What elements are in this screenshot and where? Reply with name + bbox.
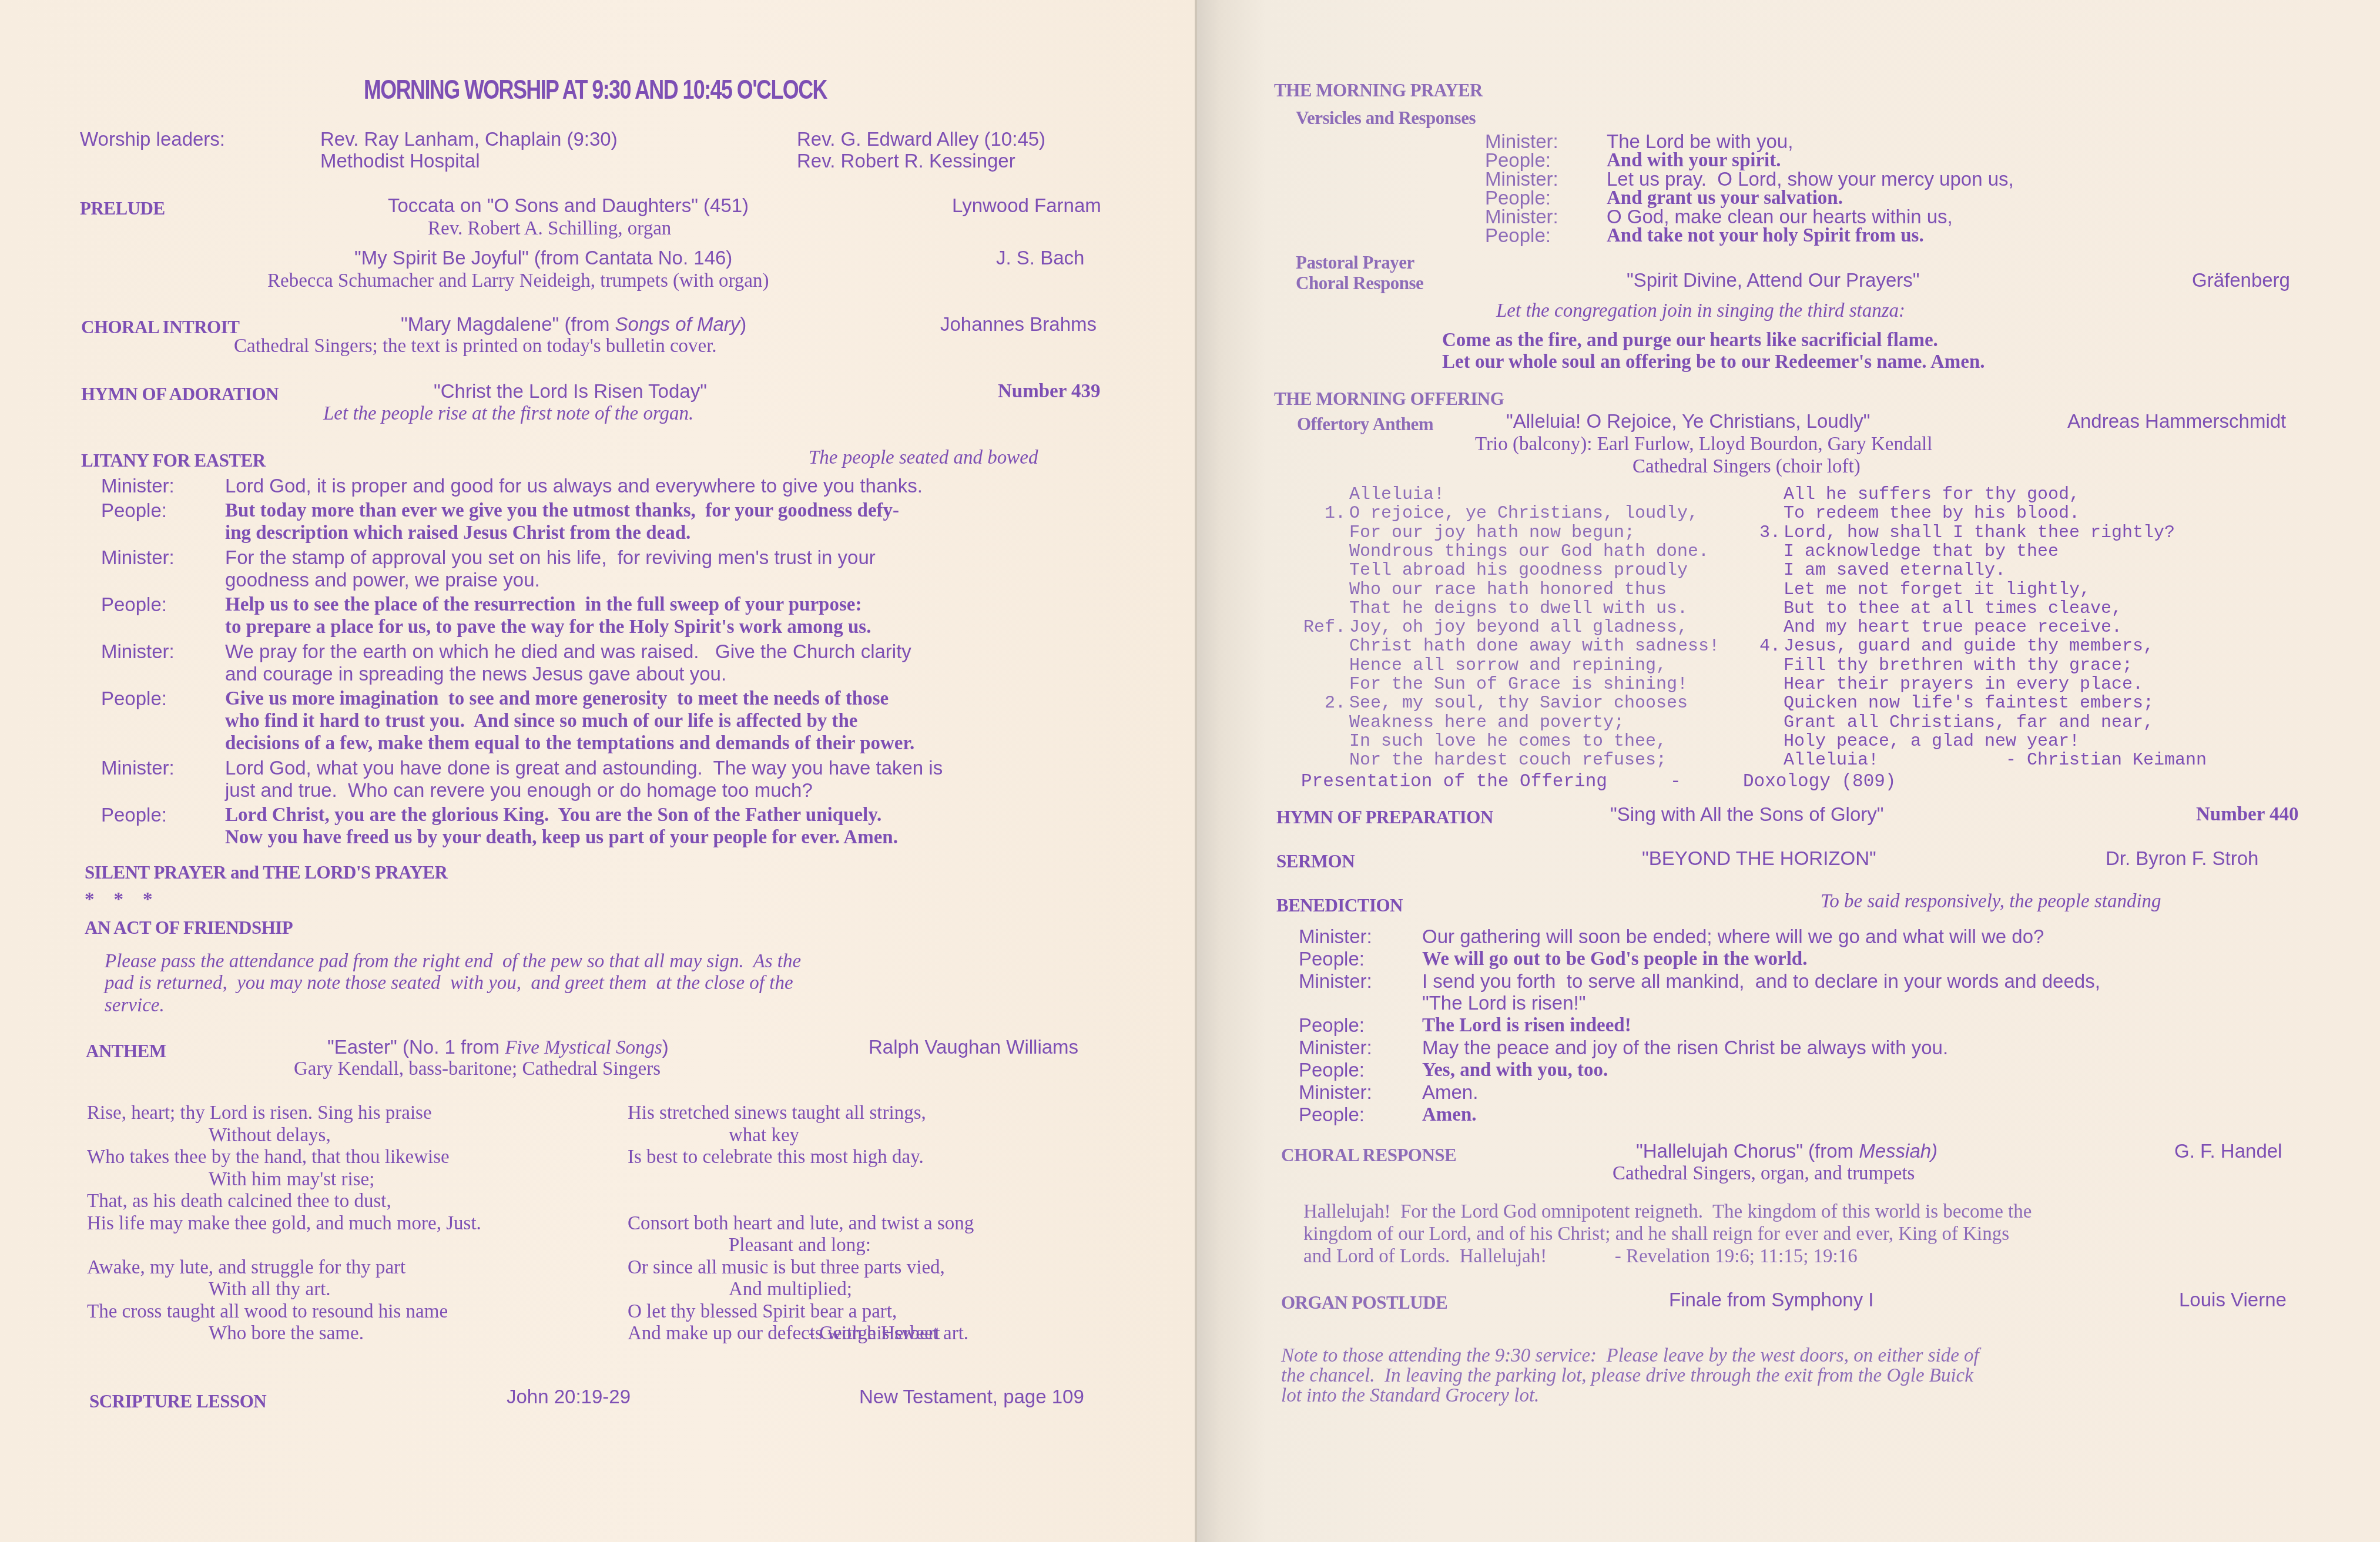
prelude-composer-2: J. S. Bach [996,247,1084,269]
hymn-line: Quicken now life's faintest embers; [1784,694,2154,713]
hymn-preparation-heading: HYMN OF PREPARATION [1276,806,1493,829]
sermon-title: "BEYOND THE HORIZON" [1642,847,1876,870]
litany-heading: LITANY FOR EASTER [81,450,266,472]
hymn-line: Tell abroad his goodness proudly [1349,561,1688,581]
hallelujah-text-2: kingdom of our Lord, and of his Christ; … [1303,1223,2009,1245]
benediction-line: Amen. [1422,1104,1477,1126]
hymn-line: Hence all sorrow and repining, [1349,656,1667,676]
prelude-composer-1: Lynwood Farnam [952,195,1101,217]
benediction-line: Yes, and with you, too. [1422,1059,1608,1081]
litany-line: Now you have freed us by your death, kee… [225,826,898,849]
versicle-speaker: People: [1485,224,1551,247]
hymn-line: Alleluia! - Christian Keimann [1784,751,2207,770]
poem-line: With all thy art. [209,1278,331,1300]
hymn-preparation-number: Number 440 [2196,803,2298,826]
hymn-line: And my heart true peace receive. [1784,618,2122,638]
poem-line: The cross taught all wood to resound his… [87,1300,448,1323]
stanza-line-1: Come as the fire, and purge our hearts l… [1442,329,1938,351]
poem-line: Who bore the same. [209,1322,364,1345]
litany-line: and courage in spreading the news Jesus … [225,663,726,685]
hymn-adoration-number: Number 439 [998,380,1100,403]
poem-line: Without delays, [209,1124,331,1147]
scripture-heading: SCRIPTURE LESSON [89,1390,266,1413]
leader-3: Rev. Robert R. Kessinger [797,150,1015,172]
offertory-anthem-label: Offertory Anthem [1297,413,1433,435]
choral-response-title: "Spirit Divine, Attend Our Prayers" [1627,269,1919,291]
anthem-heading: ANTHEM [86,1040,166,1062]
dismissal-note-2: the chancel. In leaving the parking lot,… [1281,1366,1973,1386]
pastoral-prayer-label: Pastoral Prayer [1296,252,1414,274]
prelude-piece-1: Toccata on "O Sons and Daughters" (451) [388,195,749,217]
benediction-line: Amen. [1422,1081,1478,1104]
sermon-preacher: Dr. Byron F. Stroh [2106,847,2258,870]
versicles-heading: Versicles and Responses [1296,107,1476,129]
choral-response-composer: Gräfenberg [2192,269,2290,291]
benediction-line: The Lord is risen indeed! [1422,1014,1631,1037]
litany-line: Lord God, it is proper and good for us a… [225,475,923,497]
prelude-performer-1: Rev. Robert A. Schilling, organ [428,217,671,240]
litany-line: just and true. Who can revere you enough… [225,779,813,802]
benediction-speaker: Minister: [1299,970,1372,993]
anthem-piece: "Easter" (No. 1 from Five Mystical Songs… [327,1036,669,1059]
litany-line: But today more than ever we give you the… [225,500,899,522]
litany-line: Help us to see the place of the resurrec… [225,594,862,616]
benediction-line: Our gathering will soon be ended; where … [1422,926,2044,948]
benediction-heading: BENEDICTION [1276,894,1403,917]
hymn-line: I am saved eternally. [1784,561,2006,581]
hymn-line: I acknowledge that by thee [1784,542,2059,562]
hallelujah-text-1: Hallelujah! For the Lord God omnipotent … [1303,1201,2032,1223]
litany-speaker: People: [101,688,167,710]
poem-line: Rise, heart; thy Lord is risen. Sing his… [87,1102,432,1124]
benediction-line: I send you forth to serve all mankind, a… [1422,970,2100,993]
choral-introit-piece: "Mary Magdalene" (from Songs of Mary) [401,313,746,336]
hymn-adoration-heading: HYMN OF ADORATION [81,383,279,405]
offertory-choir: Cathedral Singers (choir loft) [1633,455,1861,478]
anthem-attribution: - George Herbert [808,1322,940,1345]
hymn-line: For the Sun of Grace is shining! [1349,675,1688,695]
benediction-line: "The Lord is risen!" [1422,992,1585,1014]
hallelujah-text-3: and Lord of Lords. Hallelujah! - Revelat… [1303,1245,1858,1268]
benediction-speaker: People: [1299,948,1365,970]
litany-line: ing description which raised Jesus Chris… [225,522,690,544]
poem-line: And multiplied; [729,1278,852,1300]
litany-speaker: People: [101,500,167,522]
prelude-piece-2: "My Spirit Be Joyful" (from Cantata No. … [354,247,732,269]
benediction-line: We will go out to be God's people in the… [1422,948,1807,970]
center-fold [1195,0,1197,1542]
litany-speaker: People: [101,804,167,826]
hymn-line: See, my soul, thy Savior chooses [1349,694,1688,713]
hymn-line: For our joy hath now begun; [1349,524,1635,543]
hymn-line: O rejoice, ye Christians, loudly, [1349,504,1698,524]
choral-response-heading: CHORAL RESPONSE [1281,1144,1456,1166]
sermon-heading: SERMON [1276,850,1355,873]
postlude-composer: Louis Vierne [2179,1289,2287,1311]
versicle-text: And take not your holy Spirit from us. [1607,224,1924,247]
litany-line: goodness and power, we praise you. [225,569,540,591]
stanza-number: 2. [1293,694,1346,713]
poem-line: His stretched sinews taught all strings, [628,1102,926,1124]
stanza-line-2: Let our whole soul an offering be to our… [1442,351,1985,373]
friendship-line-2: pad is returned, you may note those seat… [105,972,793,994]
litany-line: decisions of a few, make them equal to t… [225,732,914,755]
benediction-line: May the peace and joy of the risen Chris… [1422,1037,1948,1059]
morning-offering-heading: THE MORNING OFFERING [1274,388,1504,410]
benediction-speaker: Minister: [1299,1037,1372,1059]
stanza-number: Ref. [1293,618,1346,638]
choral-introit-heading: CHORAL INTROIT [81,316,239,338]
poem-line: Consort both heart and lute, and twist a… [628,1212,974,1235]
choral-introit-note: Cathedral Singers; the text is printed o… [234,335,717,357]
doxology: Doxology (809) [1743,771,1896,793]
hymn-line: Weakness here and poverty; [1349,713,1624,733]
hymn-line: Alleluia! [1349,485,1444,505]
anthem-composer: Ralph Vaughan Williams [869,1036,1078,1058]
benediction-instruction: To be said responsively, the people stan… [1821,890,2161,913]
hymn-line: Let me not forget it lightly, [1784,581,2090,600]
scripture-reference: John 20:19-29 [507,1386,631,1408]
friendship-line-1: Please pass the attendance pad from the … [105,950,801,973]
stanza-number: 1. [1293,504,1346,524]
poem-line: Awake, my lute, and struggle for thy par… [87,1256,405,1279]
stanza-number: 4. [1728,637,1781,656]
dismissal-note-1: Note to those attending the 9:30 service… [1281,1346,1979,1366]
hymn-line: Who our race hath honored thus [1349,581,1667,600]
offertory-trio: Trio (balcony): Earl Furlow, Lloyd Bourd… [1475,433,1932,455]
hymn-line: Fill thy brethren with thy grace; [1784,656,2133,676]
poem-line: That, as his death calcined thee to dust… [87,1190,391,1212]
hymn-line: Wondrous things our God hath done. [1349,542,1709,562]
friendship-line-3: service. [105,994,165,1017]
prelude-performer-2: Rebecca Schumacher and Larry Neideigh, t… [267,270,769,292]
litany-line: Lord Christ, you are the glorious King. … [225,804,881,826]
hallelujah-piece: "Hallelujah Chorus" (from Messiah) [1636,1140,1937,1162]
leader-1-affiliation: Methodist Hospital [320,150,480,172]
poem-line: Pleasant and long: [729,1234,871,1256]
hymn-adoration-instruction: Let the people rise at the first note of… [323,403,693,425]
litany-line: who find it hard to trust you. And since… [225,710,858,732]
hymn-line: Jesus, guard and guide thy members, [1784,637,2154,656]
hymn-line: In such love he comes to thee, [1349,732,1667,752]
dismissal-note-3: lot into the Standard Grocery lot. [1281,1386,1539,1406]
stanza-number: 3. [1728,524,1781,543]
litany-line: Lord God, what you have done is great an… [225,757,943,779]
poem-line: Who takes thee by the hand, that thou li… [87,1146,450,1168]
leader-1: Rev. Ray Lanham, Chaplain (9:30) [320,128,618,150]
litany-line: to prepare a place for us, to pave the w… [225,616,871,638]
litany-line: For the stamp of approval you set on his… [225,547,876,569]
litany-speaker: Minister: [101,547,175,569]
silent-prayer-heading: SILENT PRAYER and THE LORD'S PRAYER [85,861,447,884]
anthem-performers: Gary Kendall, bass-baritone; Cathedral S… [294,1058,661,1080]
benediction-speaker: Minister: [1299,1081,1372,1104]
prelude-heading: PRELUDE [80,197,165,220]
hymn-line: Joy, oh joy beyond all gladness, [1349,618,1688,638]
poem-line: O let thy blessed Spirit bear a part, [628,1300,897,1323]
benediction-speaker: People: [1299,1104,1365,1126]
scripture-page: New Testament, page 109 [859,1386,1084,1408]
benediction-speaker: Minister: [1299,926,1372,948]
choral-introit-composer: Johannes Brahms [940,313,1097,336]
litany-speaker: Minister: [101,475,175,497]
offertory-anthem-title: "Alleluia! O Rejoice, Ye Christians, Lou… [1506,410,1871,433]
poem-line: what key [729,1124,799,1147]
hymn-line: All he suffers for thy good, [1784,485,2080,505]
hymn-line: Holy peace, a glad new year! [1784,732,2080,752]
hymn-line: That he deigns to dwell with us. [1349,599,1688,619]
poem-line: Is best to celebrate this most high day. [628,1146,924,1168]
organ-postlude-heading: ORGAN POSTLUDE [1281,1292,1447,1314]
hymn-line: Nor the hardest couch refuses; [1349,751,1667,770]
hymn-line: Lord, how shall I thank thee rightly? [1784,524,2175,543]
hymn-line: Grant all Christians, far and near, [1784,713,2154,733]
benediction-speaker: People: [1299,1059,1365,1081]
litany-speaker: People: [101,594,167,616]
litany-speaker: Minister: [101,641,175,663]
litany-instruction: The people seated and bowed [809,447,1038,469]
worship-leaders-label: Worship leaders: [80,128,225,150]
presentation-offering-label: Presentation of the Offering [1301,771,1607,793]
postlude-piece: Finale from Symphony I [1669,1289,1873,1311]
benediction-speaker: People: [1299,1014,1365,1037]
leader-2: Rev. G. Edward Alley (10:45) [797,128,1045,150]
litany-line: We pray for the earth on which he died a… [225,641,911,663]
hymn-preparation-title: "Sing with All the Sons of Glory" [1610,803,1883,826]
poem-line: Or since all music is but three parts vi… [628,1256,945,1279]
page-title: MORNING WORSHIP AT 9:30 AND 10:45 O'CLOC… [364,78,827,100]
stanza-instruction: Let the congregation join in singing the… [1496,300,1905,322]
friendship-heading: AN ACT OF FRIENDSHIP [85,917,293,939]
litany-speaker: Minister: [101,757,175,779]
section-divider-asterisks: * * * [85,889,153,911]
hallelujah-performers: Cathedral Singers, organ, and trumpets [1613,1162,1915,1185]
hymn-line: Hear their prayers in every place. [1784,675,2143,695]
litany-line: Give us more imagination to see and more… [225,688,889,710]
poem-line: With him may'st rise; [209,1168,374,1191]
hymn-line: To redeem thee by his blood. [1784,504,2080,524]
choral-response-label: Choral Response [1296,272,1423,294]
morning-prayer-heading: THE MORNING PRAYER [1274,79,1483,102]
presentation-dash: - [1670,771,1681,793]
offertory-anthem-composer: Andreas Hammerschmidt [2067,410,2286,433]
hymn-line: Christ hath done away with sadness! [1349,637,1719,656]
poem-line: His life may make thee gold, and much mo… [87,1212,481,1235]
hallelujah-composer: G. F. Handel [2174,1140,2282,1162]
hymn-line: But to thee at all times cleave, [1784,599,2122,619]
hymn-adoration-title: "Christ the Lord Is Risen Today" [434,380,707,403]
